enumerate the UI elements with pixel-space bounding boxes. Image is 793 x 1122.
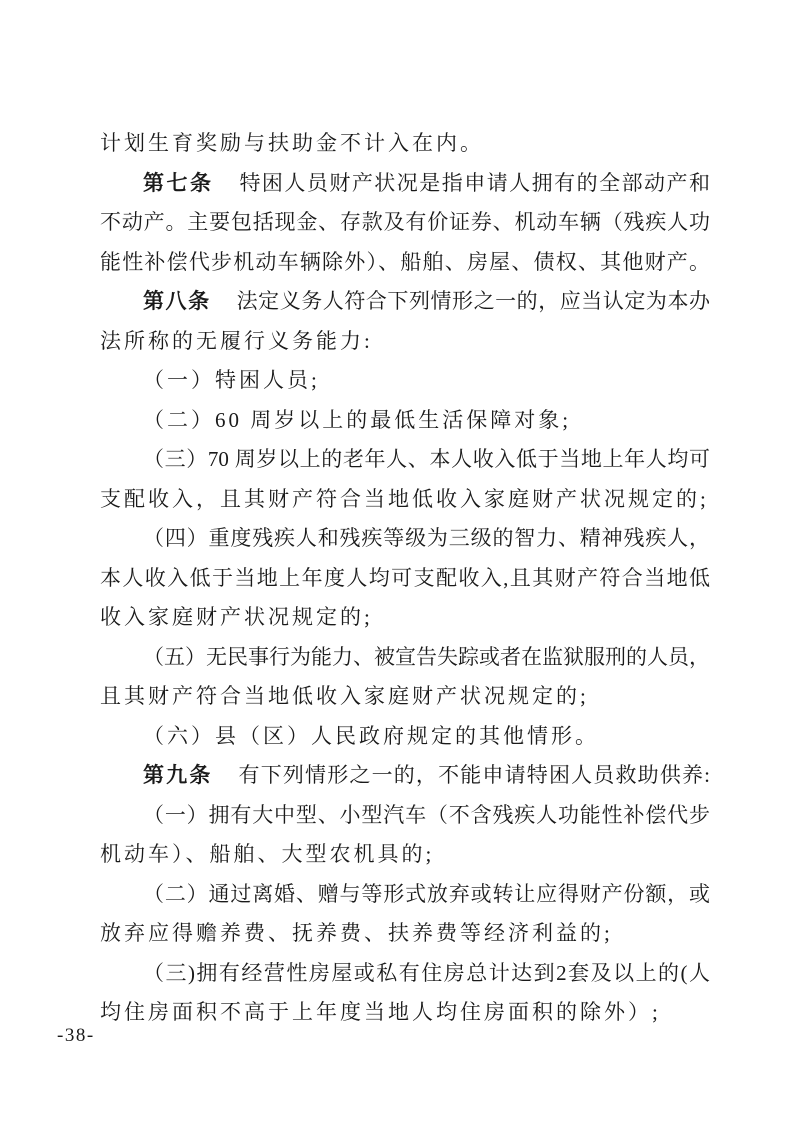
text-line: （二）通过离婚、赠与等形式放弃或转让应得财产份额，或	[100, 875, 710, 915]
text-line: 第七条特困人员财产状况是指申请人拥有的全部动产和	[100, 164, 710, 204]
page-number: -38-	[57, 1026, 95, 1046]
article-heading: 第九条	[143, 763, 213, 787]
line-text: 法定义务人符合下列情形之一的，应当认定为本办	[237, 289, 710, 313]
text-line: 第八条法定义务人符合下列情形之一的，应当认定为本办	[100, 282, 710, 322]
text-line: 法所称的无履行义务能力:	[100, 322, 710, 362]
text-line: 放弃应得赡养费、抚养费、扶养费等经济利益的;	[100, 914, 710, 954]
line-text: 有下列情形之一的，不能申请特困人员救助供养:	[239, 763, 710, 787]
text-line: （一）特困人员;	[100, 361, 710, 401]
text-line: 能性补偿代步机动车辆除外）、船舶、房屋、债权、其他财产。	[100, 243, 710, 283]
text-line: 收入家庭财产状况规定的;	[100, 598, 710, 638]
text-line: 机动车）、船舶、大型农机具的;	[100, 835, 710, 875]
article-heading: 第八条	[143, 289, 211, 313]
text-line: 不动产。主要包括现金、存款及有价证券、机动车辆（残疾人功	[100, 203, 710, 243]
text-line: （四）重度残疾人和残疾等级为三级的智力、精神残疾人，	[100, 519, 710, 559]
document-body: 计划生育奖励与扶助金不计入在内。第七条特困人员财产状况是指申请人拥有的全部动产和…	[100, 124, 710, 1033]
text-line: 支配收入，且其财产符合当地低收入家庭财产状况规定的;	[100, 480, 710, 520]
text-line: 第九条有下列情形之一的，不能申请特困人员救助供养:	[100, 756, 710, 796]
text-line: （六）县（区）人民政府规定的其他情形。	[100, 717, 710, 757]
text-line: 本人收入低于当地上年度人均可支配收入,且其财产符合当地低	[100, 559, 710, 599]
article-heading: 第七条	[143, 171, 213, 195]
document-page: 计划生育奖励与扶助金不计入在内。第七条特困人员财产状况是指申请人拥有的全部动产和…	[0, 0, 793, 1122]
text-line: （三)拥有经营性房屋或私有住房总计达到2套及以上的(人	[100, 954, 710, 994]
text-line: （五）无民事行为能力、被宣告失踪或者在监狱服刑的人员，	[100, 638, 710, 678]
text-line: 且其财产符合当地低收入家庭财产状况规定的;	[100, 677, 710, 717]
line-text: 特困人员财产状况是指申请人拥有的全部动产和	[239, 171, 710, 195]
text-line: （二）60 周岁以上的最低生活保障对象;	[100, 401, 710, 441]
text-line: 计划生育奖励与扶助金不计入在内。	[100, 124, 710, 164]
text-line: 均住房面积不高于上年度当地人均住房面积的除外）;	[100, 993, 710, 1033]
text-line: （一）拥有大中型、小型汽车（不含残疾人功能性补偿代步	[100, 796, 710, 836]
text-line: （三）70 周岁以上的老年人、本人收入低于当地上年人均可	[100, 440, 710, 480]
